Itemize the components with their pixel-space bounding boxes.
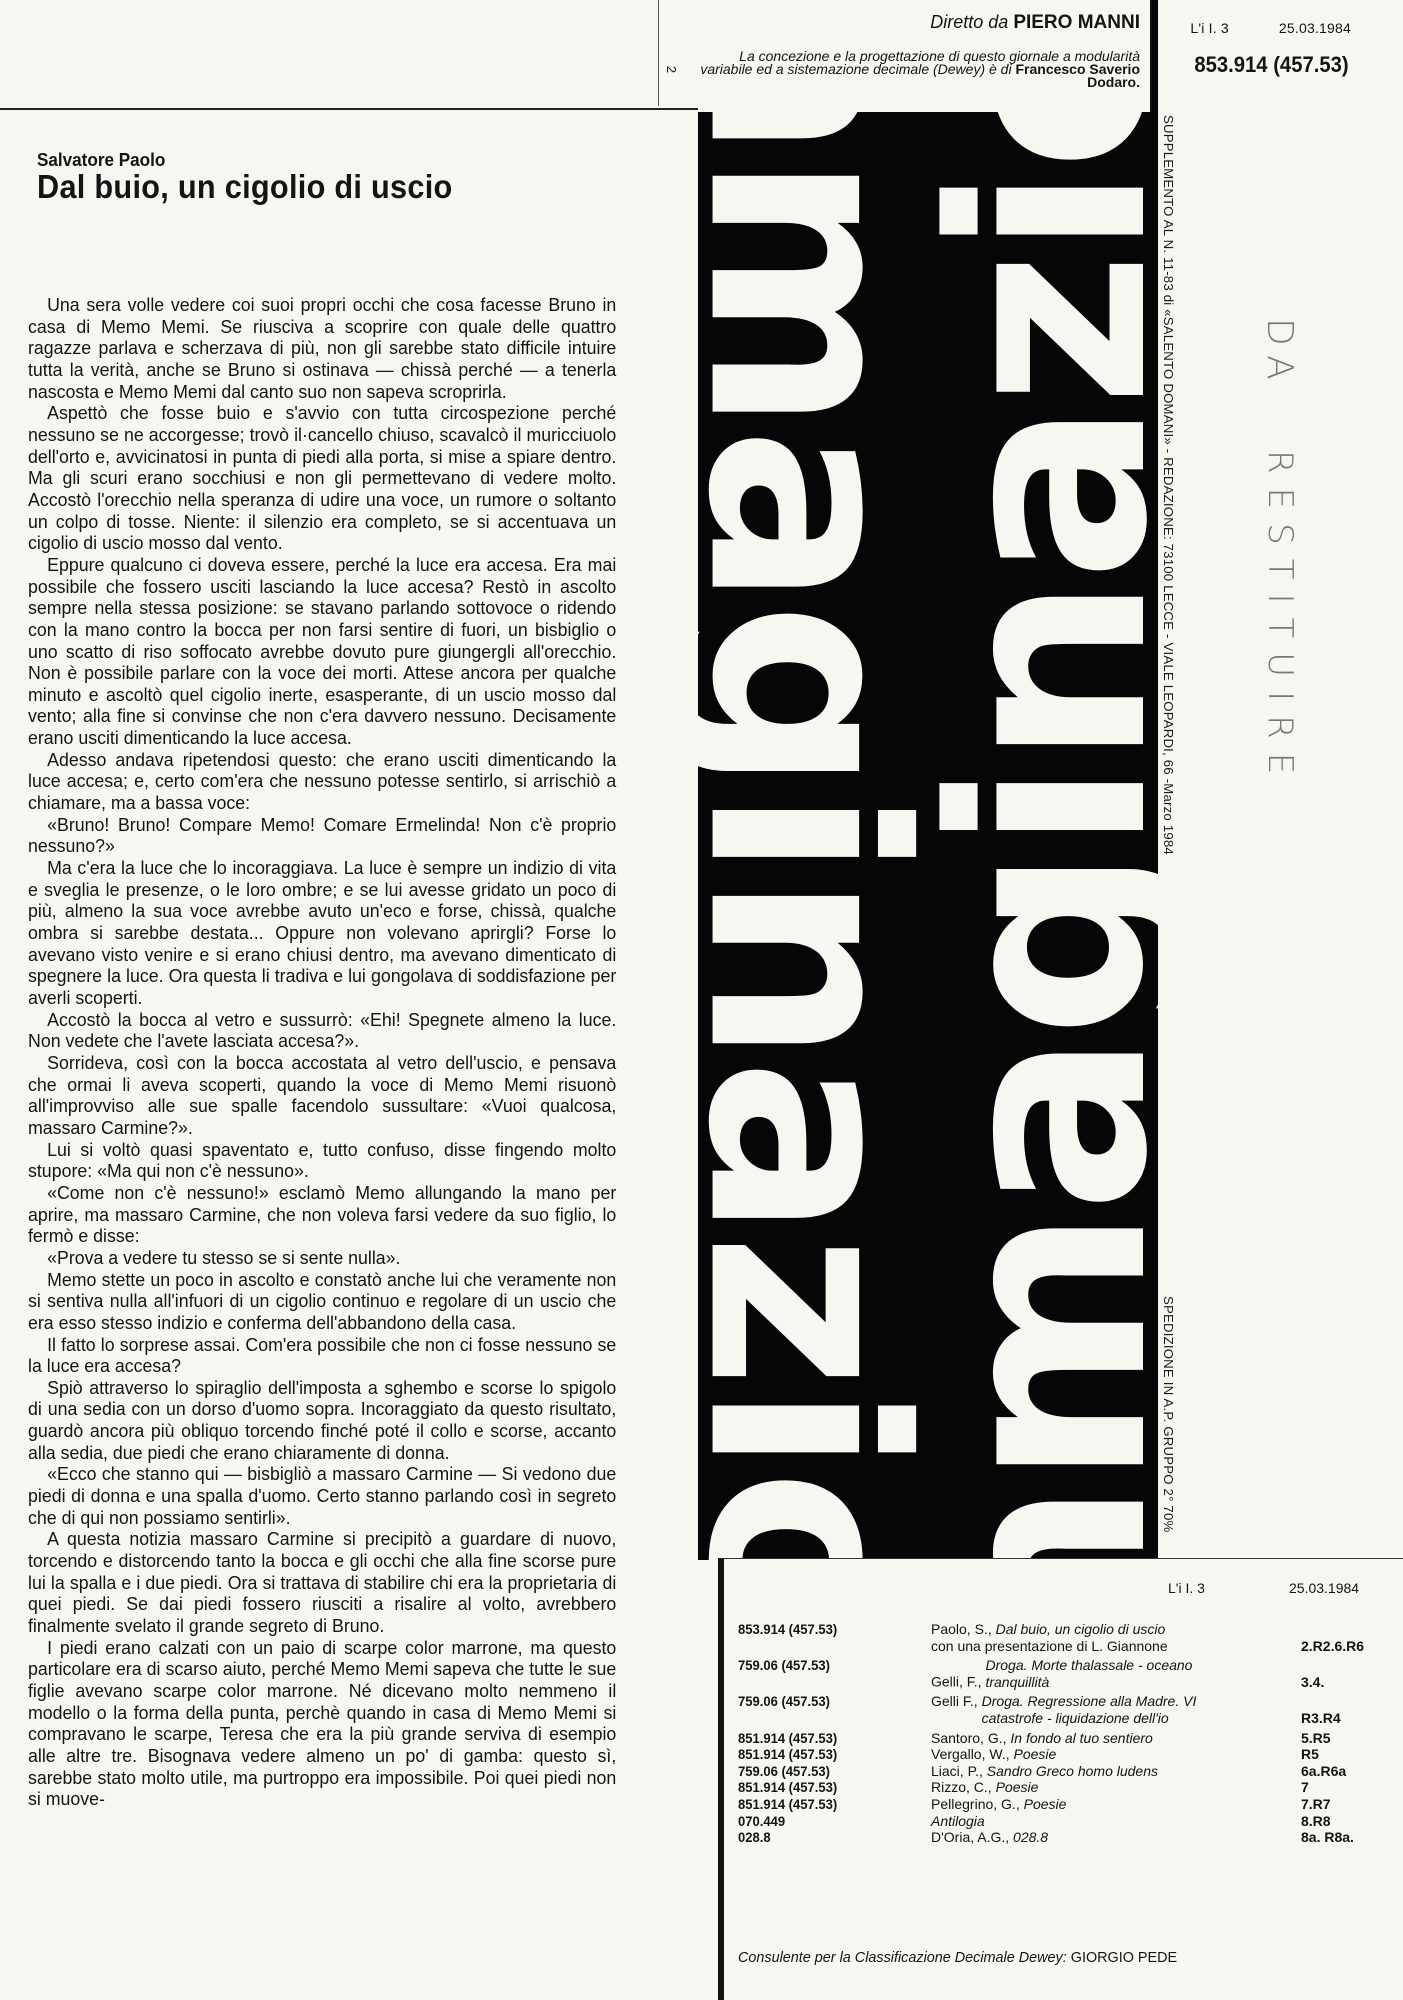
index-ref: 3.4.	[1301, 1657, 1378, 1693]
index-work: Poesie	[996, 1779, 1039, 1795]
index-ref: 7.R7	[1301, 1796, 1378, 1813]
index-description: Santoro, G., In fondo al tuo sentiero	[931, 1730, 1301, 1747]
director-name: PIERO MANNI	[1013, 12, 1140, 33]
index-ref: 5.R5	[1301, 1730, 1378, 1747]
index-row: 759.06 (457.53) Gelli F., Droga. Regress…	[738, 1693, 1378, 1729]
paragraph: I piedi erano calzati con un paio di sca…	[28, 1637, 616, 1810]
index-work: 028.8	[1013, 1829, 1048, 1845]
paragraph: Accostò la bocca al vetro e sussurrò: «E…	[28, 1009, 616, 1052]
paragraph: Eppure qualcuno ci doveva essere, perché…	[28, 554, 616, 749]
index-ref: R3.R4	[1301, 1693, 1378, 1729]
paragraph: Lui si voltò quasi spaventato e, tutto c…	[28, 1139, 616, 1182]
index-work: Antilogia	[931, 1813, 985, 1829]
index-author: Paolo, S.,	[931, 1621, 992, 1637]
index-author: D'Oria, A.G.,	[931, 1829, 1009, 1845]
paragraph: Ma c'era la luce che lo incoraggiava. La…	[28, 857, 616, 1009]
shipping-text: SPEDIZIONE IN A.P. GRUPPO 2° 70%	[1161, 1296, 1176, 1532]
index-work: Dal buio, un cigolio di uscio	[996, 1621, 1166, 1637]
director-prefix: Diretto da	[930, 12, 1008, 32]
index-row: 851.914 (457.53) Pellegrino, G., Poesie …	[738, 1796, 1378, 1813]
index-description: Antilogia	[931, 1813, 1301, 1830]
page-header	[0, 0, 700, 110]
index-description: Paolo, S., Dal buio, un cigolio di uscio…	[931, 1621, 1301, 1657]
index-code: 759.06 (457.53)	[738, 1657, 917, 1693]
index-row: 759.06 (457.53) Liaci, P., Sandro Greco …	[738, 1763, 1378, 1780]
index-row: 851.914 (457.53) Santoro, G., In fondo a…	[738, 1730, 1378, 1747]
index-description: Pellegrino, G., Poesie	[931, 1796, 1301, 1813]
article-title: Dal buio, un cigolio di uscio	[37, 168, 453, 206]
index-description: Vergallo, W., Poesie	[931, 1746, 1301, 1763]
index-work: In fondo al tuo sentiero	[1010, 1730, 1152, 1746]
index-ref: R5	[1301, 1746, 1378, 1763]
dewey-code: 853.914 (457.53)	[1195, 52, 1349, 78]
index-code: 853.914 (457.53)	[738, 1621, 917, 1657]
index-ref: 6a.R6a	[1301, 1763, 1378, 1780]
index-row: 851.914 (457.53) Rizzo, C., Poesie 7	[738, 1779, 1378, 1796]
index-ref: 7	[1301, 1779, 1378, 1796]
handwritten-note: DA	[1259, 318, 1300, 390]
index-row: 070.449 Antilogia 8.R8	[738, 1813, 1378, 1830]
index-issue: L'i I. 3	[1168, 1580, 1205, 1596]
index-code: 759.06 (457.53)	[738, 1693, 917, 1729]
index-author: Rizzo, C.,	[931, 1779, 992, 1795]
index-extra: con una presentazione di L. Giannone	[931, 1638, 1168, 1654]
issue-line: L'i I. 325.03.1984	[1190, 20, 1351, 36]
paragraph: A questa notizia massaro Carmine si prec…	[28, 1528, 616, 1636]
paragraph: Memo stette un poco in ascolto e constat…	[28, 1269, 616, 1334]
paragraph: Sorrideva, così con la bocca accostata a…	[28, 1052, 616, 1139]
paragraph: «Ecco che stanno qui — bisbigliò a massa…	[28, 1463, 616, 1528]
consultant-credit: Consulente per la Classificazione Decima…	[738, 1950, 1177, 1966]
index-code: 851.914 (457.53)	[738, 1779, 917, 1796]
article-body: Una sera volle vedere coi suoi propri oc…	[28, 294, 616, 1810]
imprint-text: SUPPLEMENTO AL N. 11-83 di «SALENTO DOMA…	[1161, 115, 1176, 855]
paragraph: Adesso andava ripetendosi questo: che er…	[28, 749, 616, 814]
index-code: 851.914 (457.53)	[738, 1746, 917, 1763]
index-author: Gelli, F.,	[931, 1674, 982, 1690]
index-author: Santoro, G.,	[931, 1730, 1006, 1746]
index-table: 853.914 (457.53) Paolo, S., Dal buio, un…	[738, 1621, 1378, 1846]
index-code: 028.8	[738, 1829, 917, 1846]
paragraph: Spiò attraverso lo spiraglio dell'impost…	[28, 1377, 616, 1464]
index-code: 851.914 (457.53)	[738, 1730, 917, 1747]
index-description: Liaci, P., Sandro Greco homo ludens	[931, 1763, 1301, 1780]
paragraph: «Prova a vedere tu stesso se si sente nu…	[28, 1247, 616, 1269]
index-ref: 8a. R8a.	[1301, 1829, 1378, 1846]
consultant-name: GIORGIO PEDE	[1071, 1950, 1177, 1966]
index-ref: 8.R8	[1301, 1813, 1378, 1830]
index-date: 25.03.1984	[1289, 1580, 1359, 1596]
index-code: 851.914 (457.53)	[738, 1796, 917, 1813]
index-work: Droga. Morte thalassale - oceano tranqui…	[985, 1657, 1245, 1690]
index-author: Liaci, P.,	[931, 1763, 983, 1779]
issue-date: 25.03.1984	[1279, 20, 1351, 36]
credits-box: Diretto da PIERO MANNI La concezione e l…	[698, 0, 1152, 112]
index-description: Gelli F., Droga. Regressione alla Madre.…	[931, 1693, 1301, 1729]
index-description: Gelli, F., Droga. Morte thalassale - oce…	[931, 1657, 1301, 1693]
paragraph: Il fatto lo sorprese assai. Com'era poss…	[28, 1334, 616, 1377]
index-row: 853.914 (457.53) Paolo, S., Dal buio, un…	[738, 1621, 1378, 1657]
index-author: Gelli F.,	[931, 1693, 978, 1709]
index-work: Poesie	[1013, 1746, 1056, 1762]
index-code: 759.06 (457.53)	[738, 1763, 917, 1780]
concept-author: Francesco Saverio Dodaro.	[1015, 61, 1140, 90]
paragraph: Aspettò che fosse buio e s'avvio con tut…	[28, 402, 616, 554]
paragraph: «Come non c'è nessuno!» esclamò Memo all…	[28, 1182, 616, 1247]
concept-credit: La concezione e la progettazione di ques…	[700, 50, 1140, 89]
director-line: Diretto da PIERO MANNI	[930, 12, 1140, 34]
index-author: Pellegrino, G.,	[931, 1796, 1020, 1812]
index-code: 070.449	[738, 1813, 917, 1830]
index-row: 028.8 D'Oria, A.G., 028.8 8a. R8a.	[738, 1829, 1378, 1846]
index-row: 759.06 (457.53) Gelli, F., Droga. Morte …	[738, 1657, 1378, 1693]
index-work: Poesie	[1024, 1796, 1067, 1812]
consultant-label: Consulente per la Classificazione Decima…	[738, 1950, 1067, 1966]
index-ref: 2.R2.6.R6	[1301, 1621, 1378, 1657]
index-description: D'Oria, A.G., 028.8	[931, 1829, 1301, 1846]
index-work: Droga. Regressione alla Madre. VI catast…	[982, 1693, 1252, 1726]
handwritten-note: RESTITUIRE	[1260, 450, 1300, 788]
index-author: Vergallo, W.,	[931, 1746, 1010, 1762]
index-work: Sandro Greco homo ludens	[987, 1763, 1158, 1779]
index-description: Rizzo, C., Poesie	[931, 1779, 1301, 1796]
index-row: 851.914 (457.53) Vergallo, W., Poesie R5	[738, 1746, 1378, 1763]
paragraph: Una sera volle vedere coi suoi propri oc…	[28, 294, 616, 402]
paragraph: «Bruno! Bruno! Compare Memo! Comare Erme…	[28, 814, 616, 857]
